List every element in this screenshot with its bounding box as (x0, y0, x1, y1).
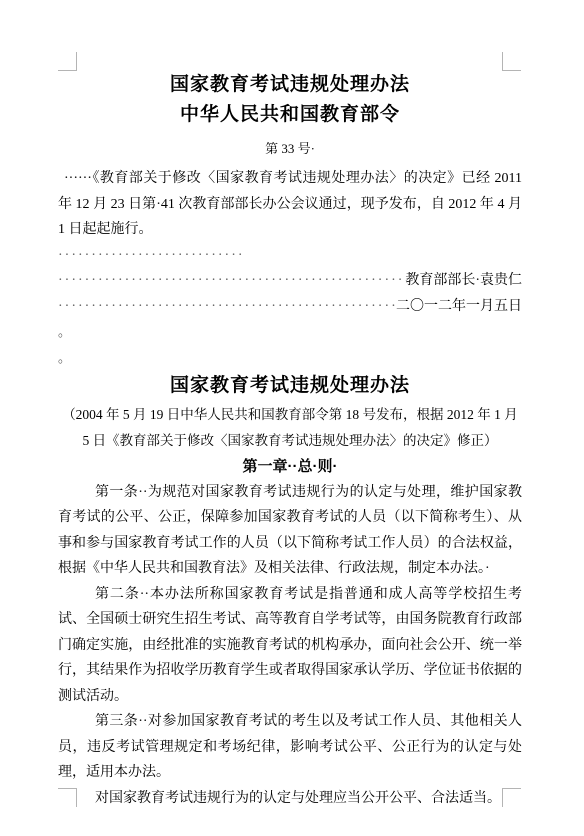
chapter-1-heading: 第一章··总·则· (58, 454, 522, 480)
signature-leader-dots: ········································… (58, 268, 405, 294)
closing-paragraph: 对国家教育考试违规行为的认定与处理应当公开公平、合法适当。 (58, 786, 522, 812)
signature-date: 二〇一二年一月五日 (396, 294, 522, 320)
space-marks-line: ···························· (58, 243, 258, 269)
stray-period-1: 。 (58, 319, 522, 345)
crop-mark-top-right (502, 52, 521, 71)
crop-mark-top-left (58, 52, 77, 71)
document-content: 国家教育考试违规处理办法 中华人民共和国教育部令 第 33 号· ······《… (58, 70, 522, 811)
article-2: 第二条··本办法所称国家教育考试是指普通和成人高等学校招生考试、全国硕士研究生招… (58, 582, 522, 710)
doc-main-title: 国家教育考试违规处理办法 (58, 70, 522, 100)
decree-number: 第 33 号· (58, 136, 522, 162)
revision-note: （2004 年 5 月 19 日中华人民共和国教育部令第 18 号发布，根据 2… (58, 402, 522, 454)
announcement-paragraph: ······《教育部关于修改〈国家教育考试违规处理办法〉的决定》已经 2011 … (58, 166, 522, 243)
stray-period-2: 。 (58, 345, 522, 371)
article-1: 第一条··为规范对国家教育考试违规行为的认定与处理，维护国家教育考试的公平、公正… (58, 480, 522, 582)
minister-signature: 教育部部长·袁贵仁 (405, 268, 522, 294)
regulation-title: 国家教育考试违规处理办法 (58, 370, 522, 402)
signature-line: ········································… (58, 268, 522, 294)
ministry-order-title: 中华人民共和国教育部令 (58, 100, 522, 130)
date-line: ········································… (58, 294, 522, 320)
article-3: 第三条··对参加国家教育考试的考生以及考试工作人员、其他相关人员，违反考试管理规… (58, 709, 522, 786)
document-page: 国家教育考试违规处理办法 中华人民共和国教育部令 第 33 号· ······《… (0, 0, 584, 836)
date-leader-dots: ········································… (58, 294, 396, 320)
